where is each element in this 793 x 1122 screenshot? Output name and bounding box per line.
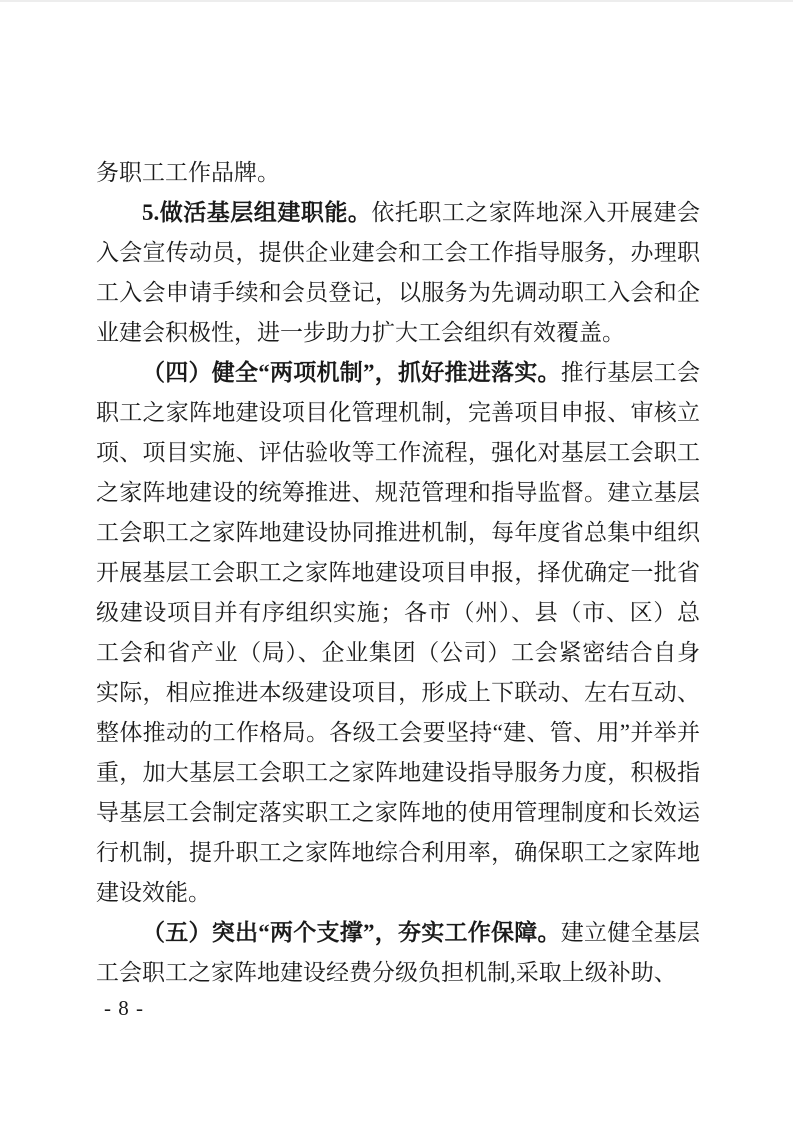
paragraph-lead: （四）健全“两项机制”，抓好推进落实。 <box>142 360 561 385</box>
paragraph: （四）健全“两项机制”，抓好推进落实。推行基层工会职工之家阵地建设项目化管理机制… <box>96 353 700 913</box>
paragraph-lead: 5.做活基层组建职能。 <box>142 200 371 225</box>
page-number: - 8 - <box>104 996 144 1021</box>
paragraph: 5.做活基层组建职能。依托职工之家阵地深入开展建会入会宣传动员，提供企业建会和工… <box>96 193 700 353</box>
paragraph-lead: （五）突出“两个支撑”，夯实工作保障。 <box>142 920 561 945</box>
paragraph-text: 推行基层工会职工之家阵地建设项目化管理机制，完善项目申报、审核立项、项目实施、评… <box>96 360 700 905</box>
paragraph: 务职工工作品牌。 <box>96 153 700 193</box>
document-body: 务职工工作品牌。 5.做活基层组建职能。依托职工之家阵地深入开展建会入会宣传动员… <box>96 153 700 993</box>
paragraph: （五）突出“两个支撑”，夯实工作保障。建立健全基层工会职工之家阵地建设经费分级负… <box>96 913 700 993</box>
paragraph-text: 务职工工作品牌。 <box>96 160 280 185</box>
document-page: 务职工工作品牌。 5.做活基层组建职能。依托职工之家阵地深入开展建会入会宣传动员… <box>0 0 793 1122</box>
